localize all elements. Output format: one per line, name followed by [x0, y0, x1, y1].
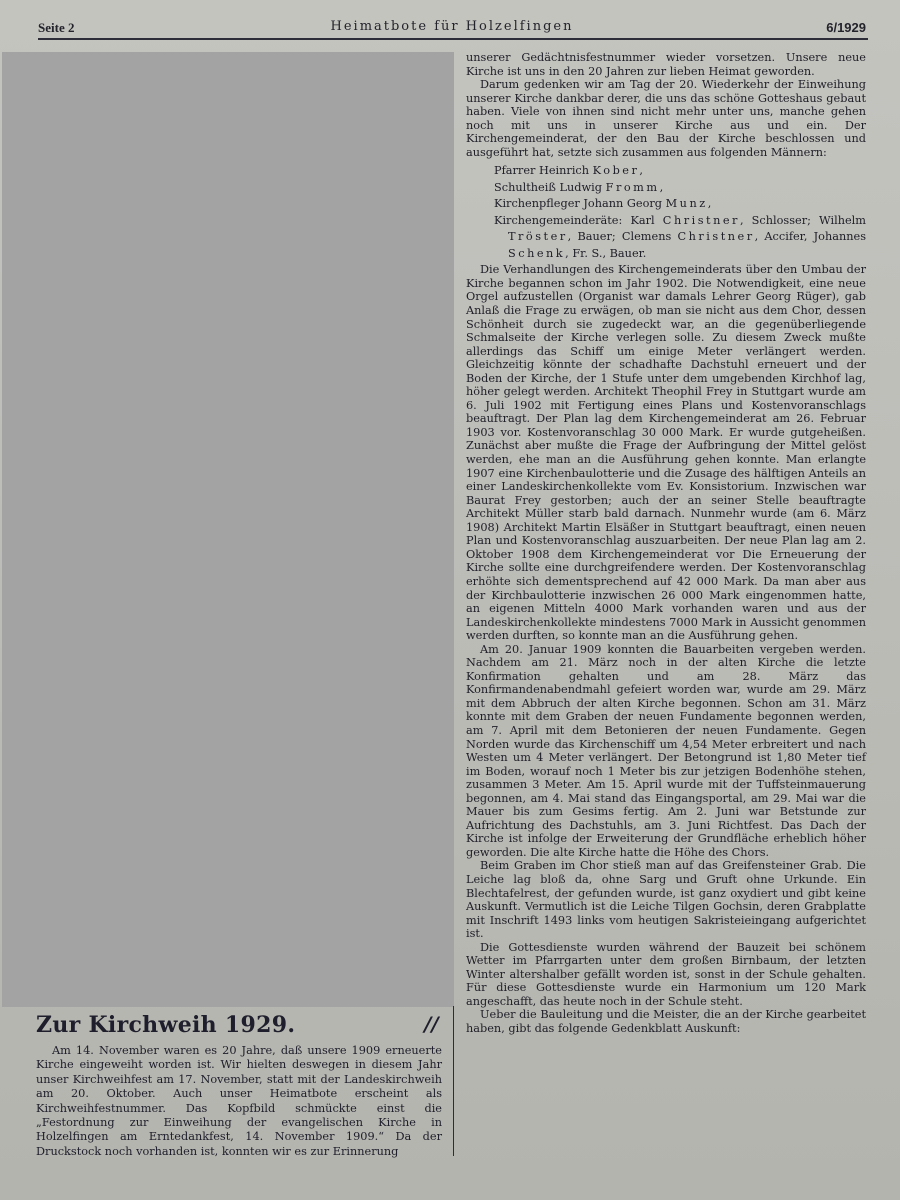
paragraph: unserer Gedächtnisfestnummer wieder vors… [466, 51, 866, 78]
person-name: Munz [666, 197, 708, 210]
person-name: Fromm [606, 181, 660, 194]
header-rule [38, 38, 868, 40]
person-name: Schenk [508, 247, 565, 260]
person-name: Christner [677, 230, 754, 243]
column-divider [453, 1006, 454, 1156]
list-item: Schultheiß Ludwig Fromm, [494, 180, 866, 197]
list-item: Pfarrer Heinrich Kober, [494, 163, 866, 180]
council-member-list: Pfarrer Heinrich Kober, Schultheiß Ludwi… [494, 163, 866, 262]
list-item: Kirchengemeinderäte: Karl Christner, Sch… [494, 213, 866, 263]
double-slash-mark: // [424, 1012, 439, 1036]
article-body: Am 14. November waren es 20 Jahre, daß u… [36, 1044, 442, 1159]
paragraph: Beim Graben im Chor stieß man auf das Gr… [466, 859, 866, 940]
paragraph: Darum gedenken wir am Tag der 20. Wieder… [466, 78, 866, 159]
page-header: Seite 2 Heimatbote für Holzelfingen 6/19… [38, 18, 866, 40]
publication-title: Heimatbote für Holzelfingen [38, 19, 866, 34]
kirchweih-article: Zur Kirchweih 1929. Am 14. November ware… [36, 1010, 442, 1159]
right-column-text: unserer Gedächtnisfestnummer wieder vors… [466, 51, 866, 1036]
person-name: Christner [663, 214, 740, 227]
article-title: Zur Kirchweih 1929. [36, 1010, 442, 1040]
list-item: Kirchenpfleger Johann Georg Munz, [494, 196, 866, 213]
paragraph: Am 20. Januar 1909 konnten die Bauarbeit… [466, 643, 866, 860]
paragraph: Ueber die Bauleitung und die Meister, di… [466, 1008, 866, 1035]
redacted-image [2, 52, 454, 1007]
person-name: Tröster [508, 230, 568, 243]
newspaper-page: Seite 2 Heimatbote für Holzelfingen 6/19… [0, 0, 900, 1200]
person-name: Kober [593, 164, 640, 177]
paragraph: Die Gottesdienste wurden während der Bau… [466, 941, 866, 1009]
issue-number: 6/1929 [826, 20, 866, 35]
paragraph: Die Verhandlungen des Kirchengemeinderat… [466, 263, 866, 642]
